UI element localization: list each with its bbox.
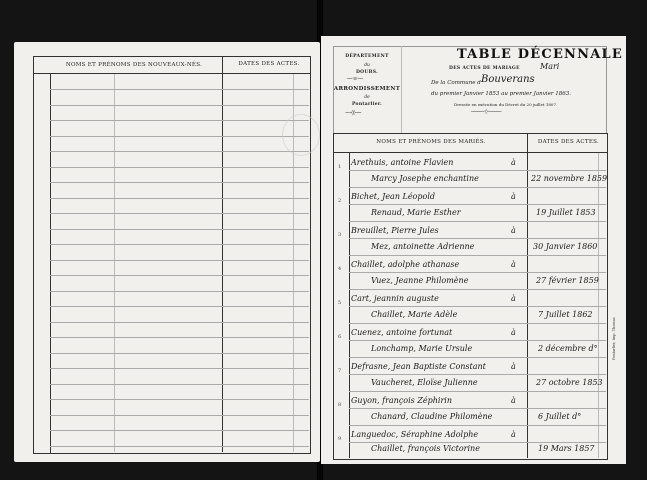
ruled-line: [50, 167, 309, 168]
ruled-line: [50, 291, 309, 292]
col-header-names: NOMS ET PRÉNOMS DES MARIÉS.: [341, 139, 521, 145]
right-page: DÉPARTEMENT du DOUBS. ──◦≡◦── ARRONDISSE…: [321, 36, 626, 464]
ruled-line: [349, 357, 606, 358]
left-margin-rule: [50, 74, 51, 454]
ruled-line: [349, 425, 606, 426]
table-col-divider: [527, 133, 528, 458]
ruled-line: [50, 244, 309, 245]
bride-name: Lonchamp, Marie Ursule: [371, 344, 472, 353]
left-page: NOMS ET PRÉNOMS DES NOUVEAUX-NÉS. DATES …: [14, 42, 320, 462]
ruled-line: [50, 213, 309, 214]
arrondissement-name: Pontarlier.: [333, 102, 401, 107]
conjunction: à: [511, 226, 516, 235]
act-date: 22 novembre 1859: [531, 174, 607, 183]
de-text: de: [333, 95, 401, 100]
conjunction: à: [511, 192, 516, 201]
ruled-line: [349, 306, 606, 307]
groom-name: Cart, jeannin auguste: [351, 294, 439, 303]
ruled-line: [349, 323, 606, 324]
decree: Dressée en exécution du Décret du 20 jui…: [454, 102, 557, 107]
ruled-line: [50, 415, 309, 416]
ruled-line: [349, 204, 606, 205]
ruled-line: [349, 289, 606, 290]
groom-name: Breuillet, Pierre Jules: [351, 226, 439, 235]
left-col-divider: [222, 57, 223, 452]
ornament-divider-3: ──────◦◊◦──────: [471, 109, 501, 115]
act-date: 6 Juillet d°: [538, 412, 581, 421]
bride-name: Marcy Josephe enchantine: [371, 174, 479, 183]
ruled-line: [50, 430, 309, 431]
ruled-line: [349, 170, 606, 171]
bride-name: Chaillet, françois Victorine: [371, 444, 480, 453]
printer-note: Pontarlier, Imp. Thomas: [612, 317, 616, 360]
groom-name: Bichet, Jean Léopold: [351, 192, 435, 201]
arrondissement-label: ARRONDISSEMENT: [333, 86, 401, 92]
conjunction: à: [511, 294, 516, 303]
bride-name: Renaud, Marie Esther: [371, 208, 461, 217]
ruled-line: [50, 105, 309, 106]
conjunction: à: [511, 362, 516, 371]
department-name: DOUBS.: [333, 70, 401, 75]
left-col-header-dates: DATES DES ACTES.: [229, 61, 309, 67]
groom-name: Languedoc, Séraphine Adolphe: [351, 430, 478, 439]
entry-number: 3: [338, 232, 341, 238]
ruled-line: [349, 374, 606, 375]
act-date: 27 octobre 1853: [536, 378, 603, 387]
left-col-header-names: NOMS ET PRÉNOMS DES NOUVEAUX-NÉS.: [54, 62, 214, 68]
ornament-divider: ──◦≡◦──: [347, 76, 362, 82]
ruled-line: [50, 384, 309, 385]
ruled-line: [50, 306, 309, 307]
ruled-line: [349, 408, 606, 409]
left-header-rule: [33, 73, 311, 74]
ruled-line: [50, 136, 309, 137]
du-text: du: [333, 63, 401, 68]
ruled-line: [50, 368, 309, 369]
commune-name: Bouverans: [481, 74, 535, 85]
ruled-line: [50, 275, 309, 276]
bride-name: Vuez, Jeanne Philomène: [371, 276, 468, 285]
ruled-line: [349, 255, 606, 256]
act-date: 30 Janvier 1860: [533, 242, 597, 251]
act-date: 19 Mars 1857: [538, 444, 595, 453]
left-table-frame: [33, 56, 311, 454]
groom-name: Chaillet, adolphe athanase: [351, 260, 459, 269]
table-header-rule: [333, 152, 608, 153]
ruled-line: [349, 238, 606, 239]
ruled-line: [50, 399, 309, 400]
entry-number: 1: [338, 164, 341, 170]
header-divider: [401, 46, 402, 134]
entry-number: 6: [338, 334, 341, 340]
period: du premier Janvier 1853 au premier Janvi…: [431, 91, 571, 97]
entry-number: 5: [338, 300, 341, 306]
ruled-line: [50, 353, 309, 354]
groom-name: Arethuis, antoine Flavien: [351, 158, 453, 167]
bride-name: Vaucheret, Eloïse Julienne: [371, 378, 478, 387]
ruled-line: [50, 322, 309, 323]
ruled-line: [349, 272, 606, 273]
conjunction: à: [511, 396, 516, 405]
ruled-line: [50, 89, 309, 90]
ruled-line: [349, 442, 606, 443]
ruled-line: [50, 229, 309, 230]
ruled-line: [50, 198, 309, 199]
entry-number: 7: [338, 368, 341, 374]
entry-number: 9: [338, 436, 341, 442]
ruled-line: [50, 446, 309, 447]
conjunction: à: [511, 328, 516, 337]
ruled-line: [349, 391, 606, 392]
entry-number: 2: [338, 198, 341, 204]
bride-name: Mez, antoinette Adrienne: [371, 242, 474, 251]
ruled-line: [50, 120, 309, 121]
faded-stamp: [282, 114, 320, 156]
act-date: 7 Juillet 1862: [538, 310, 593, 319]
act-date: 19 Juillet 1853: [536, 208, 596, 217]
subtitle: DES ACTES DE MARIAGE: [449, 66, 520, 71]
ruled-line: [349, 340, 606, 341]
conjunction: à: [511, 430, 516, 439]
ruled-line: [50, 260, 309, 261]
col-header-dates: DATES DES ACTES.: [531, 139, 606, 145]
commune-prefix: De la Commune d: [431, 80, 481, 86]
subtitle-handwritten: Mari: [540, 62, 559, 71]
entry-number: 4: [338, 266, 341, 272]
ruled-line: [349, 221, 606, 222]
entry-number: 8: [338, 402, 341, 408]
department-label: DÉPARTEMENT: [333, 54, 401, 59]
ruled-line: [50, 182, 309, 183]
page-title: TABLE DÉCENNALE: [457, 47, 623, 62]
act-date: 2 décembre d°: [538, 344, 598, 353]
conjunction: à: [511, 158, 516, 167]
ruled-line: [50, 151, 309, 152]
bride-name: Chanard, Claudine Philomène: [371, 412, 492, 421]
conjunction: à: [511, 260, 516, 269]
groom-name: Defrasne, Jean Baptiste Constant: [351, 362, 486, 371]
ornament-divider-2: ~∽◊◊∽~: [345, 110, 361, 116]
ruled-line: [50, 337, 309, 338]
act-date: 27 février 1859: [536, 276, 599, 285]
groom-name: Cuenez, antoine fortunat: [351, 328, 452, 337]
bride-name: Chaillet, Marie Adèle: [371, 310, 457, 319]
ruled-line: [349, 187, 606, 188]
groom-name: Guyon, françois Zéphirin: [351, 396, 452, 405]
left-inner-rule: [114, 74, 115, 452]
